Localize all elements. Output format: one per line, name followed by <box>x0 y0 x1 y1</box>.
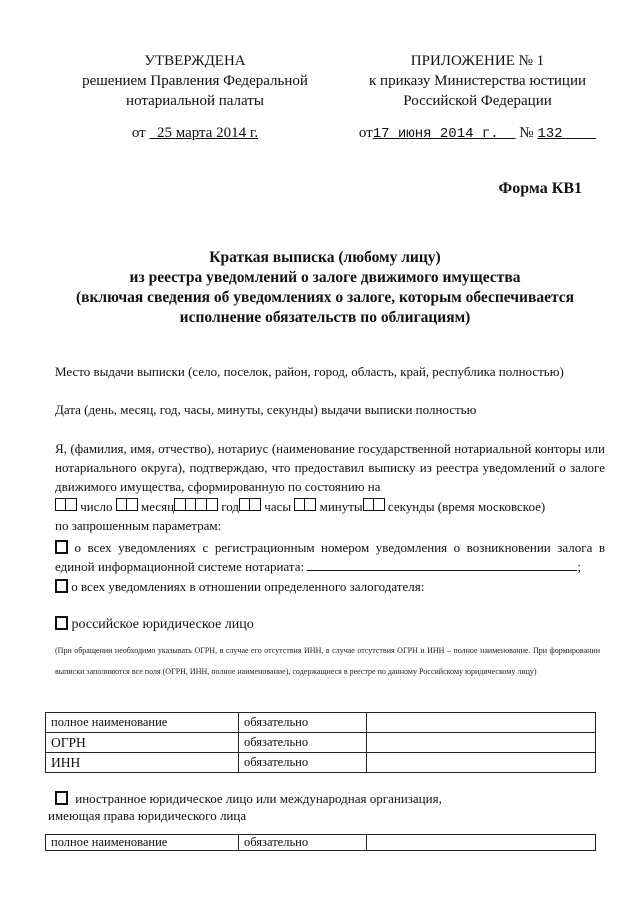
appendix-title: ПРИЛОЖЕНИЕ № 1 <box>345 51 610 71</box>
year-cells[interactable] <box>174 498 218 511</box>
appendix-number: 132 <box>537 126 596 142</box>
checkbox-by-reg-number[interactable] <box>55 540 68 554</box>
appendix-date: от17 июня 2014 г. № 132 <box>345 123 610 144</box>
field-value-input[interactable] <box>367 835 596 851</box>
field-value-input[interactable] <box>367 753 596 773</box>
hours-cells[interactable] <box>239 498 261 511</box>
foreign-entity-table: полное наименование обязательно <box>45 834 596 851</box>
datetime-row: число месяц год часы минуты секунды (вре… <box>55 497 605 516</box>
number-sign: № <box>519 125 533 141</box>
table-row: полное наименование обязательно <box>46 835 596 851</box>
place-field-label: Место выдачи выписки (село, поселок, рай… <box>55 362 605 381</box>
foreign-entity-option-line2: имеющая права юридического лица <box>48 806 598 825</box>
appendix-block: ПРИЛОЖЕНИЕ № 1 к приказу Министерства юс… <box>345 51 610 144</box>
russian-entity-table: полное наименование обязательно ОГРН обя… <box>45 712 596 773</box>
notary-statement: Я, (фамилия, имя, отчество), нотариус (н… <box>55 439 605 496</box>
approval-date-value: 25 марта 2014 г. <box>149 125 258 141</box>
field-requirement: обязательно <box>239 753 367 773</box>
table-row: ОГРН обязательно <box>46 733 596 753</box>
approval-line-1: решением Правления Федеральной <box>75 71 315 91</box>
field-name: ИНН <box>46 753 239 773</box>
russian-entity-option: российское юридическое лицо <box>55 615 605 634</box>
params-label: по запрошенным параметрам: <box>55 516 605 535</box>
table-row: полное наименование обязательно <box>46 713 596 733</box>
month-cells[interactable] <box>116 498 138 511</box>
approval-block: УТВЕРЖДЕНА решением Правления Федерально… <box>75 51 315 143</box>
russian-entity-note: (При обращении необходимо указывать ОГРН… <box>55 640 600 682</box>
checkbox-foreign-entity[interactable] <box>55 791 68 805</box>
appendix-line-1: к приказу Министерства юстиции <box>345 71 610 91</box>
document-title: Краткая выписка (любому лицу) из реестра… <box>40 248 610 328</box>
approval-title: УТВЕРЖДЕНА <box>75 51 315 71</box>
field-value-input[interactable] <box>367 713 596 733</box>
checkbox-by-pledgor[interactable] <box>55 579 68 593</box>
appendix-line-2: Российской Федерации <box>345 91 610 111</box>
option-by-reg-number: о всех уведомлениях с регистрационным но… <box>55 538 605 576</box>
table-row: ИНН обязательно <box>46 753 596 773</box>
field-name: полное наименование <box>46 835 239 851</box>
day-cells[interactable] <box>55 498 77 511</box>
field-requirement: обязательно <box>239 733 367 753</box>
option-by-pledgor: о всех уведомлениях в отношении определе… <box>55 577 605 596</box>
form-label: Форма КВ1 <box>499 180 582 198</box>
field-requirement: обязательно <box>239 713 367 733</box>
field-name: ОГРН <box>46 733 239 753</box>
seconds-cells[interactable] <box>363 498 385 511</box>
reg-number-input[interactable] <box>307 570 577 571</box>
field-requirement: обязательно <box>239 835 367 851</box>
checkbox-russian-entity[interactable] <box>55 616 68 630</box>
appendix-date-value: 17 июня 2014 г. <box>373 126 499 142</box>
approval-line-2: нотариальной палаты <box>75 91 315 111</box>
date-field-label: Дата (день, месяц, год, часы, минуты, се… <box>55 400 605 419</box>
minutes-cells[interactable] <box>294 498 316 511</box>
field-value-input[interactable] <box>367 733 596 753</box>
field-name: полное наименование <box>46 713 239 733</box>
approval-date: от 25 марта 2014 г. <box>75 123 315 143</box>
